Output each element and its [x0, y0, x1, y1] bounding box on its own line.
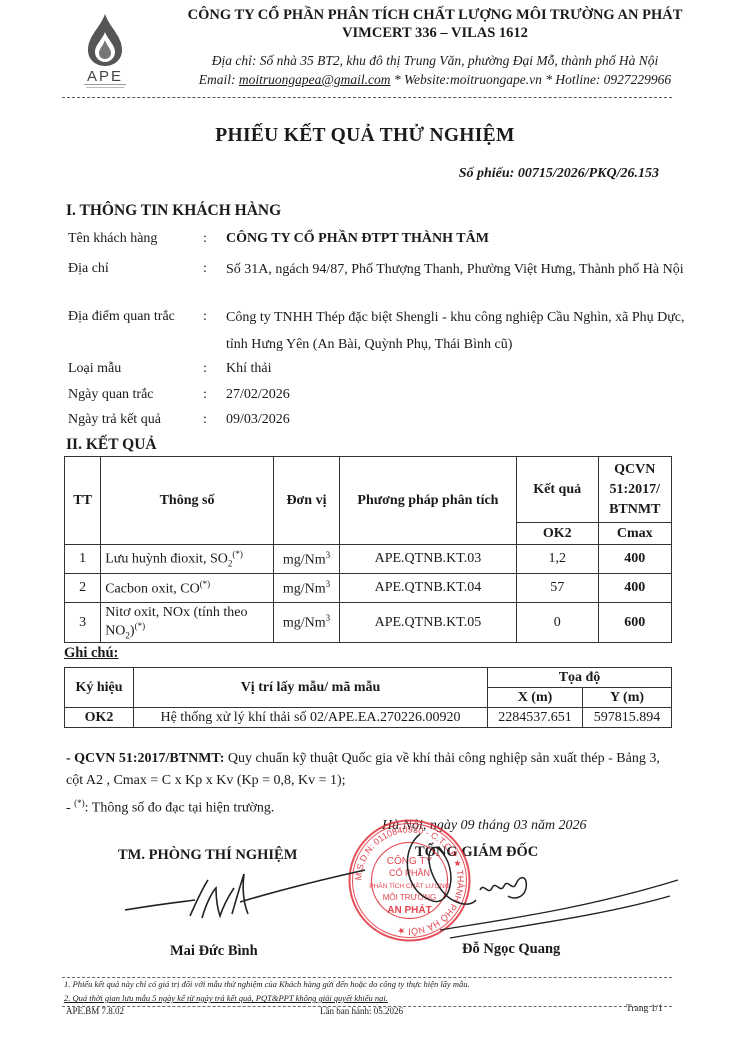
lab-title: TM. PHÒNG THÍ NGHIỆM [118, 847, 297, 864]
col-tt: TT [65, 457, 101, 545]
email-label: Email: [199, 72, 239, 87]
footer-divider [62, 977, 672, 978]
row-cmax: 400 [598, 545, 671, 574]
company-logo: APE [74, 10, 136, 90]
results-table: TT Thông số Đơn vị Phương pháp phân tích… [64, 456, 672, 643]
col-result: Kết quả [516, 457, 598, 523]
footer-note-2: 2. Quá thời gian lưu mẫu 5 ngày kể từ ng… [64, 993, 388, 1003]
col-code: Ký hiệu [65, 668, 134, 708]
col-param: Thông số [101, 457, 274, 545]
row-unit: mg/Nm3 [273, 574, 339, 603]
results-heading: II. KẾT QUẢ [66, 436, 157, 454]
col-coords: Tọa độ [488, 668, 672, 688]
col-x: X (m) [488, 688, 583, 708]
customer-info-heading: I. THÔNG TIN KHÁCH HÀNG [66, 202, 281, 220]
qcvn-note: - QCVN 51:2017/BTNMT: Quy chuẩn kỹ thuật… [66, 748, 676, 792]
result-row: 1Lưu huỳnh đioxit, SO2(*)mg/Nm3APE.QTNB.… [65, 545, 672, 574]
qcvn-label: - QCVN 51:2017/BTNMT: [66, 751, 224, 766]
svg-text:APE: APE [87, 68, 123, 85]
form-code: APE.BM 7.8.02 [66, 1006, 124, 1016]
monitor-date: 27/02/2026 [226, 382, 686, 407]
info-label: Loại mẫu [68, 356, 198, 381]
location-y: 597815.894 [583, 708, 672, 728]
row-cmax: 600 [598, 603, 671, 643]
company-name: CÔNG TY CỔ PHẦN PHÂN TÍCH CHẤT LƯỢNG MÔI… [150, 6, 720, 25]
document-title: PHIẾU KẾT QUẢ THỬ NGHIỆM [60, 125, 670, 147]
star-note: - (*): Thông số đo đạc tại hiện trường. [66, 792, 676, 820]
location-code: OK2 [65, 708, 134, 728]
signature-icon [120, 868, 370, 938]
result-row: 2Cacbon oxit, CO(*)mg/Nm3APE.QTNB.KT.045… [65, 574, 672, 603]
location-x: 2284537.651 [488, 708, 583, 728]
sample-type: Khí thải [226, 356, 686, 381]
page-number: Trang 1/1 [626, 1004, 663, 1014]
customer-name: CÔNG TY CỔ PHẦN ĐTPT THÀNH TÂM [226, 226, 686, 251]
row-method: APE.QTNB.KT.05 [340, 603, 517, 643]
row-unit: mg/Nm3 [273, 603, 339, 643]
return-date: 09/03/2026 [226, 407, 686, 432]
customer-address: Số 31A, ngách 94/87, Phố Thượng Thanh, P… [226, 256, 686, 283]
info-colon: : [203, 382, 207, 407]
info-colon: : [203, 226, 207, 251]
col-method: Phương pháp phân tích [340, 457, 517, 545]
star-prefix: - [66, 801, 74, 816]
col-location: Vị trí lấy mẫu/ mã mẫu [134, 668, 488, 708]
info-colon: : [203, 407, 207, 432]
website-hotline: * Website:moitruongape.vn * Hotline: 092… [390, 72, 671, 87]
info-label: Ngày quan trắc [68, 382, 198, 407]
info-label: Địa điểm quan trắc [68, 304, 198, 329]
document-number: Số phiếu: 00715/2026/PKQ/26.153 [459, 166, 659, 182]
row-cmax: 400 [598, 574, 671, 603]
certification: VIMCERT 336 – VILAS 1612 [150, 25, 720, 42]
star-sup: (*) [74, 798, 85, 808]
info-colon: : [203, 304, 207, 329]
company-contact: Email: moitruongapea@gmail.com * Website… [150, 72, 720, 88]
company-address: Địa chỉ: Số nhà 35 BT2, khu đô thị Trung… [150, 53, 720, 69]
director-name: Đỗ Ngọc Quang [462, 941, 560, 958]
row-result: 1,2 [516, 545, 598, 574]
row-method: APE.QTNB.KT.04 [340, 574, 517, 603]
header-divider [62, 97, 672, 98]
col-result-sub: OK2 [516, 523, 598, 545]
issue-version: Lần ban hành: 05.2026 [320, 1006, 403, 1016]
col-unit: Đơn vị [273, 457, 339, 545]
water-drop-icon: APE [74, 10, 136, 90]
email-link[interactable]: moitruongapea@gmail.com [239, 72, 391, 87]
footer-note-1: 1. Phiếu kết quả này chỉ có giá trị đối … [64, 979, 470, 989]
row-tt: 2 [65, 574, 101, 603]
row-unit: mg/Nm3 [273, 545, 339, 574]
info-colon: : [203, 356, 207, 381]
row-tt: 3 [65, 603, 101, 643]
row-param: Nitơ oxit, NOx (tính theo NO2)(*) [101, 603, 274, 643]
col-standard-sub: Cmax [598, 523, 671, 545]
info-colon: : [203, 256, 207, 281]
result-row: 3Nitơ oxit, NOx (tính theo NO2)(*)mg/Nm3… [65, 603, 672, 643]
location-table: Ký hiệu Vị trí lấy mẫu/ mã mẫu Tọa độ X … [64, 667, 672, 728]
star-text: : Thông số đo đạc tại hiện trường. [85, 801, 275, 816]
info-label: Tên khách hàng [68, 226, 198, 251]
row-result: 0 [516, 603, 598, 643]
row-param: Lưu huỳnh đioxit, SO2(*) [101, 545, 274, 574]
signature-icon [380, 830, 680, 945]
notes-heading: Ghi chú: [64, 645, 118, 662]
monitoring-location: Công ty TNHH Thép đặc biệt Shengli - khu… [226, 304, 686, 358]
location-name: Hệ thống xử lý khí thải số 02/APE.EA.270… [134, 708, 488, 728]
row-tt: 1 [65, 545, 101, 574]
lab-signature [120, 868, 370, 938]
director-signature [380, 830, 680, 945]
col-standard: QCVN 51:2017/ BTNMT [598, 457, 671, 523]
location-row: OK2 Hệ thống xử lý khí thải số 02/APE.EA… [65, 708, 672, 728]
info-label: Địa chỉ [68, 256, 198, 281]
row-method: APE.QTNB.KT.03 [340, 545, 517, 574]
row-param: Cacbon oxit, CO(*) [101, 574, 274, 603]
info-label: Ngày trả kết quả [68, 407, 198, 432]
lab-signer-name: Mai Đức Bình [170, 943, 258, 960]
col-y: Y (m) [583, 688, 672, 708]
row-result: 57 [516, 574, 598, 603]
